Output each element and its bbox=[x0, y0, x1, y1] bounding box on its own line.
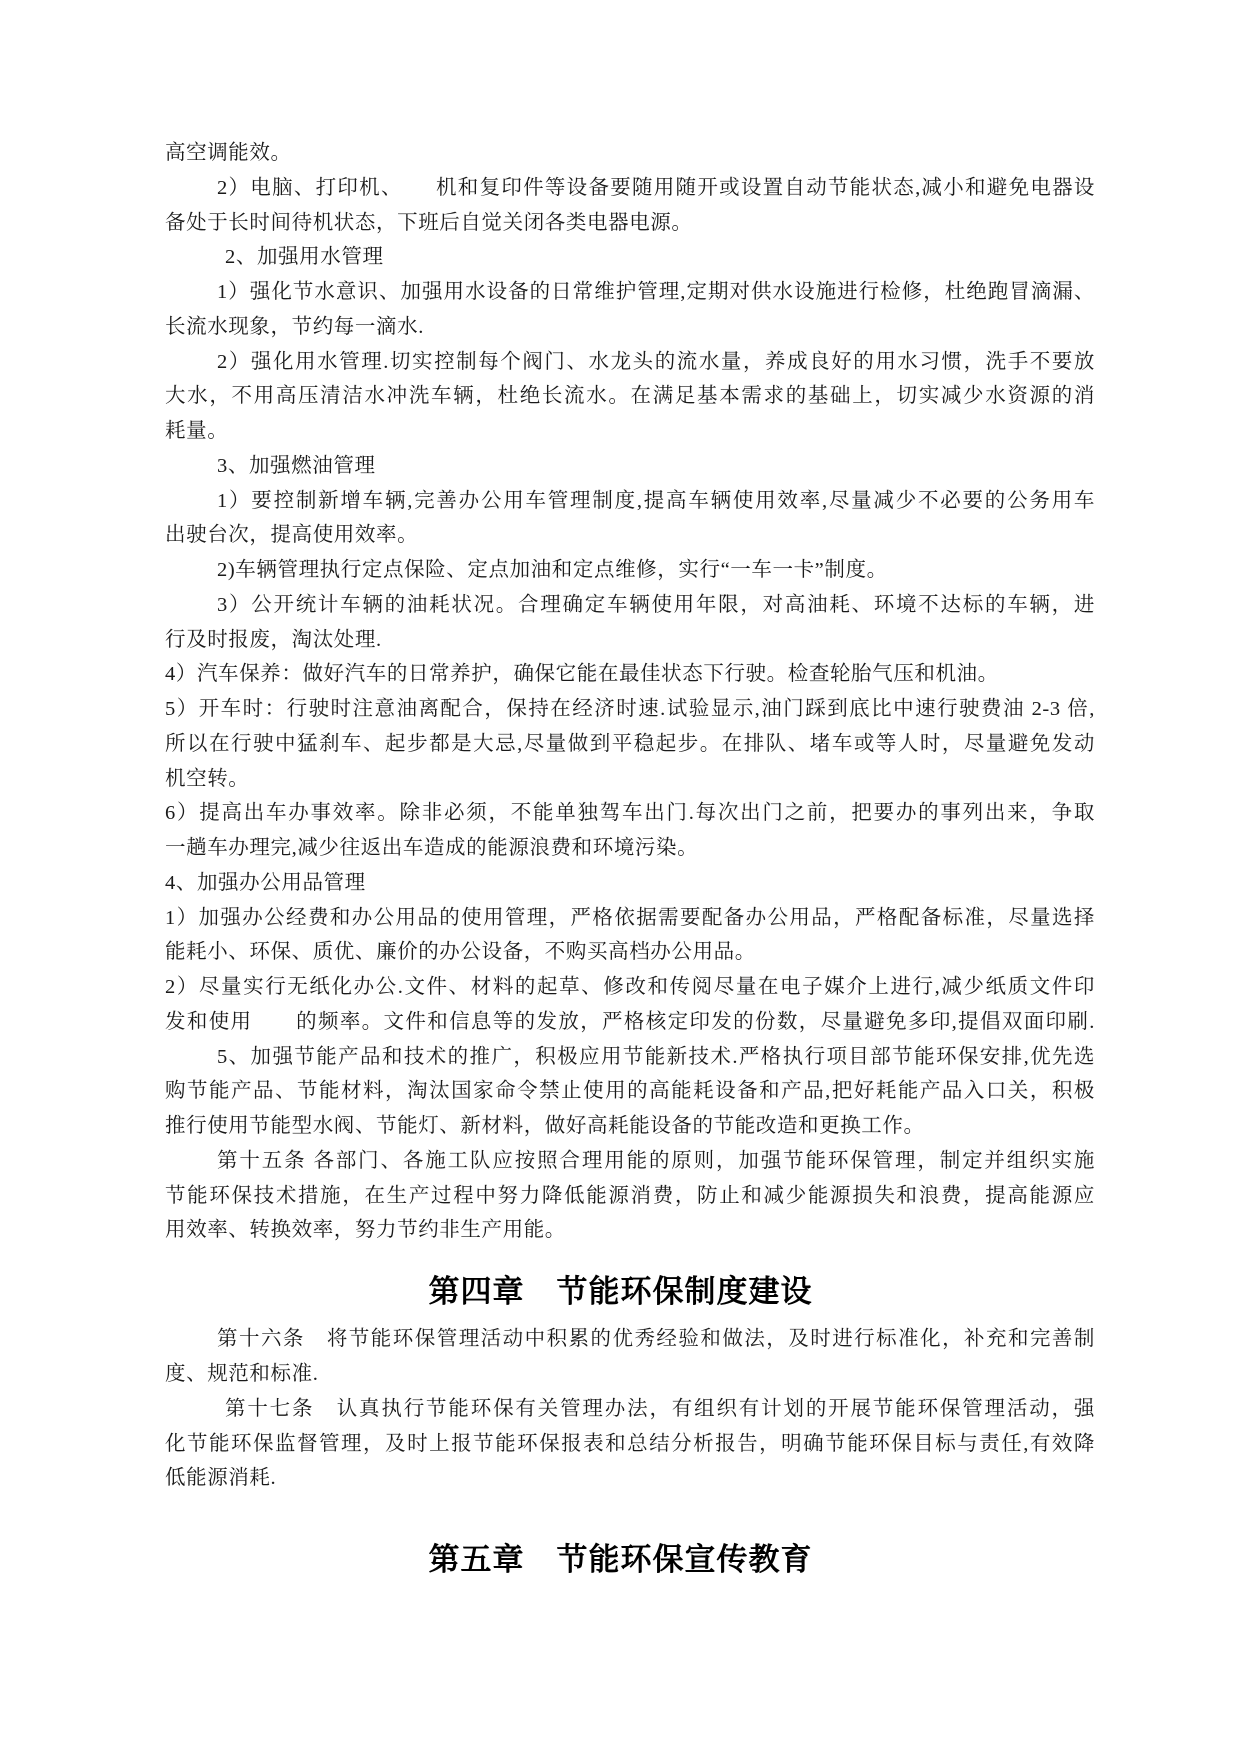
text-line: 备处于长时间待机状态，下班后自觉关闭各类电器电源。 bbox=[165, 210, 1095, 236]
text-line: 1）强化节水意识、加强用水设备的日常维护管理,定期对供水设施进行检修，杜绝跑冒滴… bbox=[217, 279, 1095, 305]
text-line: 化节能环保监督管理，及时上报节能环保报表和总结分析报告，明确节能环保目标与责任,… bbox=[165, 1431, 1095, 1457]
text-line: 5、加强节能产品和技术的推广，积极应用节能新技术.严格执行项目部节能环保安排,优… bbox=[217, 1044, 1095, 1070]
text-line: 低能源消耗. bbox=[165, 1465, 1095, 1491]
text-line: 能耗小、环保、质优、廉价的办公设备，不购买高档办公用品。 bbox=[165, 939, 1095, 965]
text-line: 长流水现象，节约每一滴水. bbox=[165, 314, 1095, 340]
text-line: 耗量。 bbox=[165, 418, 1095, 444]
text-line: 第十五条 各部门、各施工队应按照合理用能的原则，加强节能环保管理，制定并组织实施 bbox=[217, 1148, 1095, 1174]
document-page: 高空调能效。2）电脑、打印机、 机和复印件等设备要随用随开或设置自动节能状态,减… bbox=[0, 0, 1241, 1754]
text-line: 大水，不用高压清洁水冲洗车辆，杜绝长流水。在满足基本需求的基础上，切实减少水资源… bbox=[165, 383, 1095, 409]
text-line: 第十六条 将节能环保管理活动中积累的优秀经验和做法，及时进行标准化，补充和完善制 bbox=[217, 1326, 1095, 1352]
text-line: 一趟车办理完,减少往返出车造成的能源浪费和环境污染。 bbox=[165, 835, 1095, 861]
chapter-heading-5: 第五章 节能环保宣传教育 bbox=[0, 1540, 1241, 1580]
text-line: 行及时报废，淘汰处理. bbox=[165, 627, 1095, 653]
text-line: 6）提高出车办事效率。除非必须，不能单独驾车出门.每次出门之前，把要办的事列出来… bbox=[165, 800, 1095, 826]
text-line: 2)车辆管理执行定点保险、定点加油和定点维修，实行“一车一卡”制度。 bbox=[217, 557, 1095, 583]
text-line: 购节能产品、节能材料，淘汰国家命令禁止使用的高能耗设备和产品,把好耗能产品入口关… bbox=[165, 1078, 1095, 1104]
text-line: 机空转。 bbox=[165, 766, 1095, 792]
text-line: 第十七条 认真执行节能环保有关管理办法，有组织有计划的开展节能环保管理活动，强 bbox=[225, 1396, 1095, 1422]
text-line: 发和使用 的频率。文件和信息等的发放，严格核定印发的份数，尽量避免多印,提倡双面… bbox=[165, 1009, 1095, 1035]
text-line: 2、加强用水管理 bbox=[225, 244, 1095, 270]
text-line: 出驶台次，提高使用效率。 bbox=[165, 522, 1095, 548]
text-line: 1）要控制新增车辆,完善办公用车管理制度,提高车辆使用效率,尽量减少不必要的公务… bbox=[217, 488, 1095, 514]
text-line: 度、规范和标准. bbox=[165, 1361, 1095, 1387]
text-line: 节能环保技术措施，在生产过程中努力降低能源消费，防止和减少能源损失和浪费，提高能… bbox=[165, 1183, 1095, 1209]
text-line: 3、加强燃油管理 bbox=[217, 453, 1095, 479]
text-line: 所以在行驶中猛刹车、起步都是大忌,尽量做到平稳起步。在排队、堵车或等人时，尽量避… bbox=[165, 731, 1095, 757]
text-line: 用效率、转换效率，努力节约非生产用能。 bbox=[165, 1217, 1095, 1243]
text-line: 2）尽量实行无纸化办公.文件、材料的起草、修改和传阅尽量在电子媒介上进行,减少纸… bbox=[165, 974, 1095, 1000]
text-line: 推行使用节能型水阀、节能灯、新材料，做好高耗能设备的节能改造和更换工作。 bbox=[165, 1113, 1095, 1139]
text-line: 2）强化用水管理.切实控制每个阀门、水龙头的流水量，养成良好的用水习惯，洗手不要… bbox=[217, 349, 1095, 375]
text-line: 3）公开统计车辆的油耗状况。合理确定车辆使用年限，对高油耗、环境不达标的车辆，进 bbox=[217, 592, 1095, 618]
text-line: 4、加强办公用品管理 bbox=[165, 870, 1095, 896]
chapter-heading-4: 第四章 节能环保制度建设 bbox=[0, 1272, 1241, 1312]
text-line: 5）开车时：行驶时注意油离配合，保持在经济时速.试验显示,油门踩到底比中速行驶费… bbox=[165, 696, 1095, 722]
text-line: 1）加强办公经费和办公用品的使用管理，严格依据需要配备办公用品，严格配备标准，尽… bbox=[165, 905, 1095, 931]
text-line: 4）汽车保养：做好汽车的日常养护，确保它能在最佳状态下行驶。检查轮胎气压和机油。 bbox=[165, 661, 1095, 687]
text-line: 高空调能效。 bbox=[165, 140, 1095, 166]
text-line: 2）电脑、打印机、 机和复印件等设备要随用随开或设置自动节能状态,减小和避免电器… bbox=[217, 175, 1095, 201]
